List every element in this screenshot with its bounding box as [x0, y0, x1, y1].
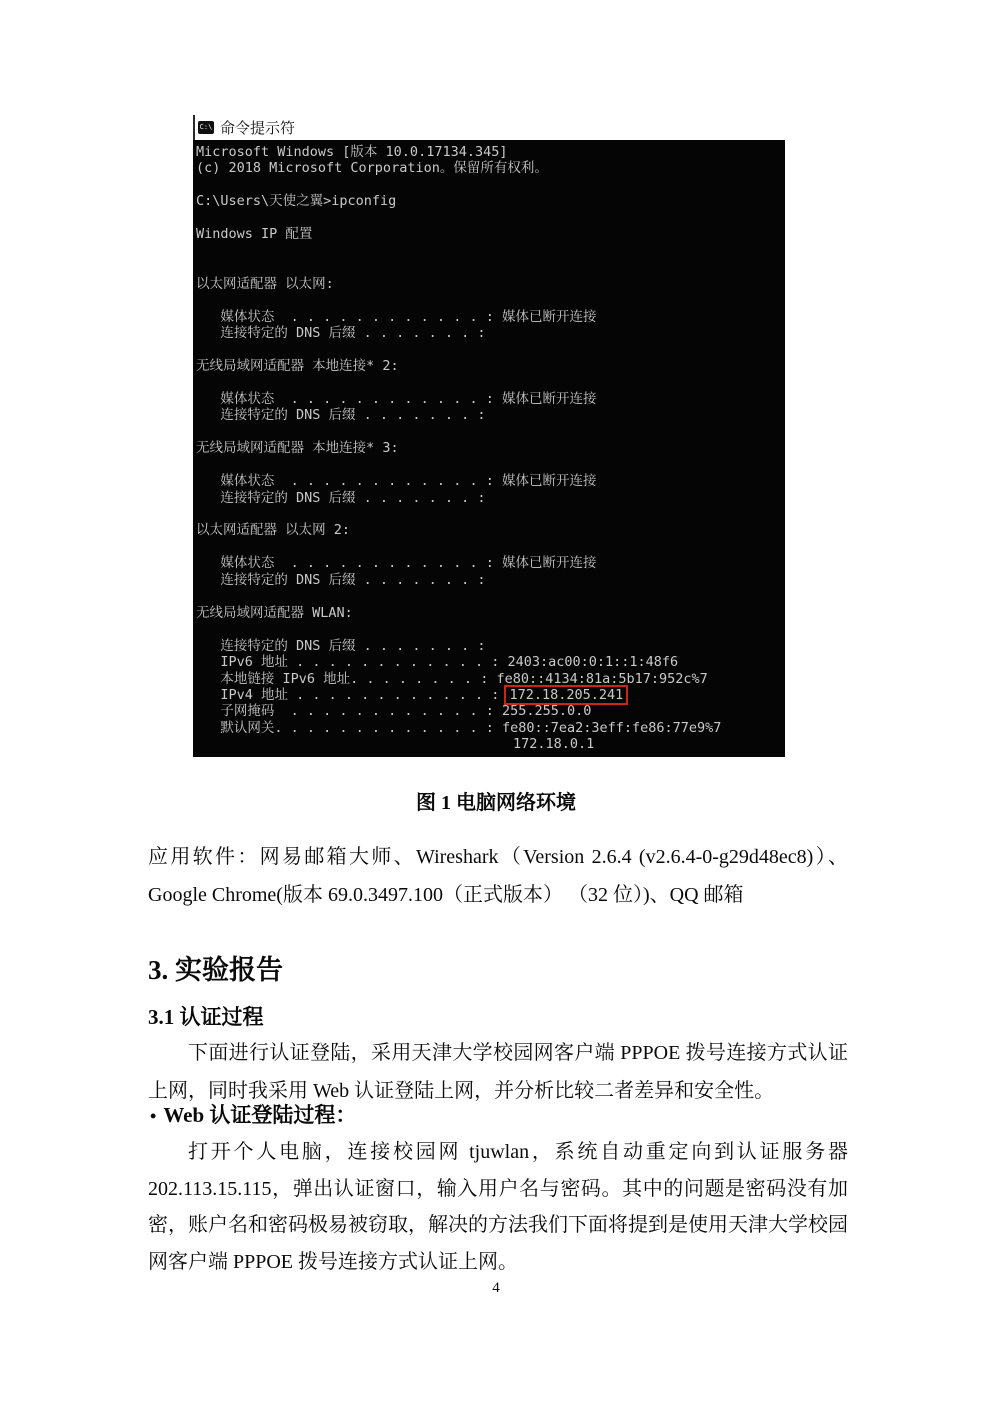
- bullet-icon: •: [150, 1106, 156, 1126]
- web-auth-paragraph-line: 打开个人电脑，连接校园网 tjuwlan，系统自动重定向到认证服务器: [148, 1134, 848, 1171]
- terminal-lines-after: 子网掩码 . . . . . . . . . . . . : 255.255.0…: [196, 703, 785, 752]
- document-page: C:\ 命令提示符 Microsoft Windows [版本 10.0.171…: [0, 0, 992, 1403]
- terminal-lines-before: Microsoft Windows [版本 10.0.17134.345] (c…: [196, 144, 785, 687]
- software-paragraph-line: Google Chrome(版本 69.0.3497.100（正式版本） （32…: [148, 876, 848, 914]
- figure-caption: 图 1 电脑网络环境: [0, 786, 992, 815]
- web-auth-bullet-label: Web 认证登陆过程：: [163, 1103, 356, 1127]
- web-auth-paragraph-line: 202.113.15.115，弹出认证窗口，输入用户名与密码。其中的问题是密码没…: [148, 1171, 848, 1208]
- ipv4-line-prefix: IPv4 地址 . . . . . . . . . . . . :: [196, 687, 507, 703]
- cmd-icon: C:\: [198, 121, 214, 134]
- software-paragraph-line: 应用软件：网易邮箱大师、Wireshark（Version 2.6.4 (v2.…: [148, 838, 848, 876]
- software-paragraph: 应用软件：网易邮箱大师、Wireshark（Version 2.6.4 (v2.…: [148, 838, 848, 914]
- cmd-titlebar: C:\ 命令提示符: [193, 115, 785, 140]
- web-auth-bullet-heading: •Web 认证登陆过程：: [150, 1099, 356, 1129]
- auth-paragraph-line: 下面进行认证登陆，采用天津大学校园网客户端 PPPOE 拨号连接方式认证: [148, 1034, 848, 1072]
- web-auth-paragraph-line: 网客户端 PPPOE 拨号连接方式认证上网。: [148, 1244, 848, 1281]
- page-number: 4: [0, 1280, 992, 1297]
- subsection-heading: 3.1 认证过程: [148, 1001, 264, 1031]
- web-auth-paragraph-line: 密，账户名和密码极易被窃取，解决的方法我们下面将提到是使用天津大学校园: [148, 1207, 848, 1244]
- ipv4-address-highlight: 172.18.205.241: [504, 685, 628, 705]
- cmd-window-screenshot: C:\ 命令提示符 Microsoft Windows [版本 10.0.171…: [193, 115, 785, 757]
- window-title: 命令提示符: [220, 117, 295, 138]
- terminal-ipv4-line: IPv4 地址 . . . . . . . . . . . . : 172.18…: [196, 687, 785, 703]
- terminal-output: Microsoft Windows [版本 10.0.17134.345] (c…: [193, 140, 785, 757]
- web-auth-paragraph: 打开个人电脑，连接校园网 tjuwlan，系统自动重定向到认证服务器 202.1…: [148, 1134, 848, 1280]
- section-heading: 3. 实验报告: [148, 948, 283, 987]
